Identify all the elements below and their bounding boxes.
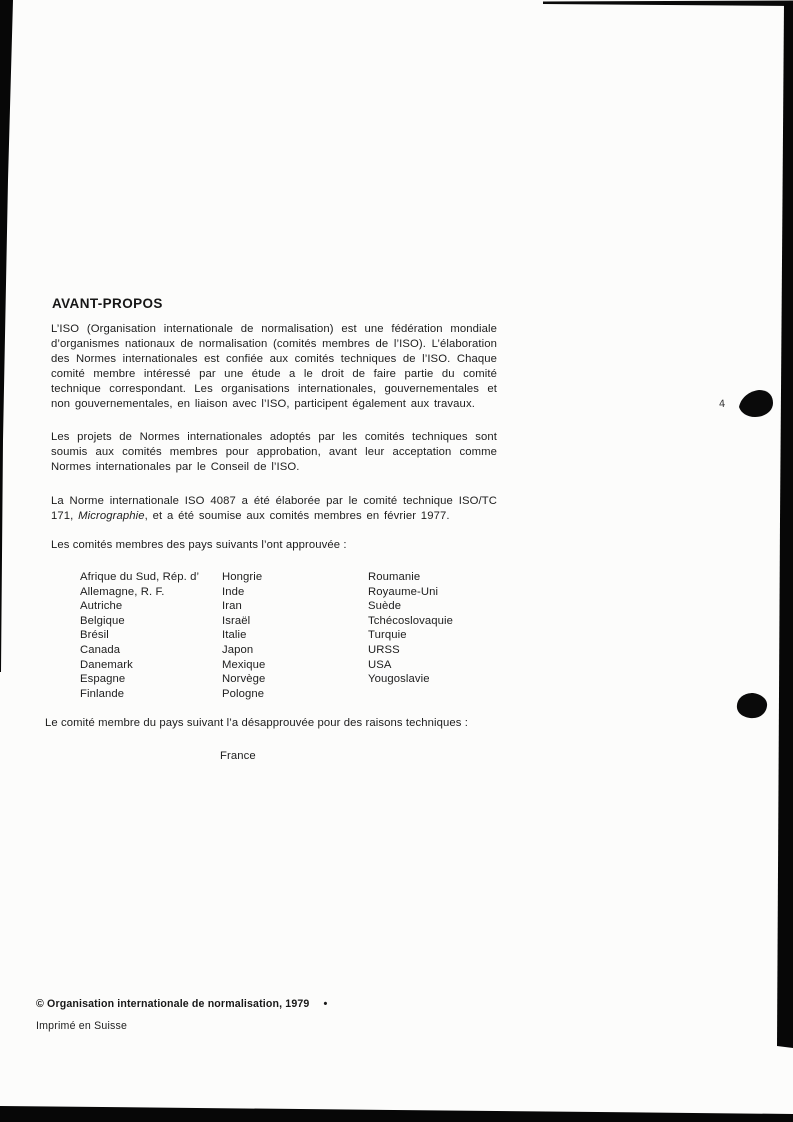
foreword-heading: AVANT-PROPOS (52, 296, 163, 311)
country-name: Canada (80, 643, 222, 658)
scanned-document-page: AVANT-PROPOS L’ISO (Organisation interna… (0, 0, 793, 1122)
country-name: Royaume-Uni (368, 585, 500, 600)
ink-blob-lower (737, 693, 767, 718)
disapproval-intro-line: Le comité membre du pays suivant l’a dés… (45, 716, 468, 731)
country-name: Japon (222, 643, 368, 658)
country-name: Hongrie (222, 570, 368, 585)
country-name: Inde (222, 585, 368, 600)
scan-artifact-left-edge (0, 0, 13, 672)
printed-in-line: Imprimé en Suisse (36, 1020, 127, 1032)
country-name: Espagne (80, 672, 222, 687)
approval-intro-line: Les comités membres des pays suivants l’… (51, 538, 347, 553)
disapproving-country: France (220, 749, 256, 764)
bullet-mark: • (323, 998, 327, 1010)
committee-title-italic: Micrographie (78, 510, 145, 522)
country-name: Danemark (80, 658, 222, 673)
country-name: Suède (368, 599, 500, 614)
country-name: Pologne (222, 687, 368, 702)
country-name: Tchécoslovaquie (368, 614, 500, 629)
country-name: Finlande (80, 687, 222, 702)
scan-artifact-top-edge-line (543, 1, 793, 7)
country-name: Italie (222, 628, 368, 643)
copyright-text: © Organisation internationale de normali… (36, 998, 309, 1010)
copyright-line: © Organisation internationale de normali… (36, 998, 327, 1010)
country-column-2: HongrieIndeIranIsraëlItalieJaponMexiqueN… (222, 570, 368, 701)
ink-blob-upper (739, 390, 773, 417)
scan-artifacts (0, 0, 793, 1122)
country-name: Roumanie (368, 570, 500, 585)
country-name: Yougoslavie (368, 672, 500, 687)
scan-artifact-right-edge (777, 3, 793, 1048)
country-name: Belgique (80, 614, 222, 629)
country-name: URSS (368, 643, 500, 658)
approving-countries-list: Afrique du Sud, Rép. d’Allemagne, R. F.A… (80, 570, 500, 701)
paragraph-standard-origin-after: , et a été soumise aux comités membres e… (145, 510, 450, 522)
country-column-1: Afrique du Sud, Rép. d’Allemagne, R. F.A… (80, 570, 222, 701)
country-name: Iran (222, 599, 368, 614)
country-name: Afrique du Sud, Rép. d’ (80, 570, 222, 585)
paragraph-standard-origin: La Norme internationale ISO 4087 a été é… (51, 494, 497, 524)
country-name: Norvège (222, 672, 368, 687)
country-name: Israël (222, 614, 368, 629)
paragraph-iso-description: L’ISO (Organisation internationale de no… (51, 322, 497, 412)
country-name: Allemagne, R. F. (80, 585, 222, 600)
country-name: Mexique (222, 658, 368, 673)
country-name: Turquie (368, 628, 500, 643)
handwritten-margin-mark: 4 (719, 399, 726, 410)
country-name: Autriche (80, 599, 222, 614)
country-name: USA (368, 658, 500, 673)
country-column-3: RoumanieRoyaume-UniSuèdeTchécoslovaquieT… (368, 570, 500, 701)
country-name: Brésil (80, 628, 222, 643)
scan-artifact-bottom-band (0, 1106, 793, 1122)
paragraph-draft-adoption: Les projets de Normes internationales ad… (51, 430, 497, 475)
